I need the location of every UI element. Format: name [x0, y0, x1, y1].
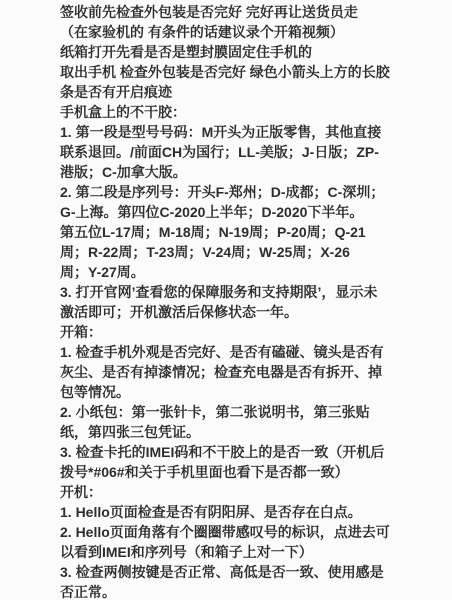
text-line: 包等情况。 [60, 382, 446, 402]
text-line: （在家验机的 有条件的话建议录个开箱视频） [60, 22, 446, 42]
text-line: 以看到IMEI和序列号（和箱子上对一下） [60, 542, 446, 562]
text-line: 1. 第一段是型号号码：M开头为正版零售，其他直接 [60, 122, 446, 142]
text-line: 第五位L-17周；M-18周；N-19周；P-20周；Q-21 [60, 222, 446, 242]
text-line: 2. Hello页面角落有个圈圈带感叹号的标识，点进去可 [60, 522, 446, 542]
text-line: 开机： [60, 482, 446, 502]
text-line: 周；R-22周；T-23周；V-24周；W-25周；X-26 [60, 242, 446, 262]
text-line: 灰尘、是否有掉漆情况；检查充电器是否有拆开、掉 [60, 362, 446, 382]
text-line: 2. 第二段是序列号：开头F-郑州；D-成都；C-深圳； [60, 182, 446, 202]
text-line: 联系退回。/前面CH为国行；LL-美版；J-日版；ZP- [60, 142, 446, 162]
note-page: 签收前先检查外包装是否完好 完好再让送货员走 （在家验机的 有条件的话建议录个开… [0, 0, 452, 600]
text-line: 激活即可；开机激活后保修状态一年。 [60, 302, 446, 322]
text-line: 纸，第四张三包凭证。 [60, 422, 446, 442]
text-line: 否正常。 [60, 582, 446, 600]
text-line: 3. 打开官网’查看您的保障服务和支持期限’，显示未 [60, 282, 446, 302]
text-line: 手机盒上的不干胶： [60, 102, 446, 122]
text-line: G-上海。第四位C-2020上半年；D-2020下半年。 [60, 202, 446, 222]
text-line: 条是否有开启痕迹 [60, 82, 446, 102]
text-line: 1. 检查手机外观是否完好、是否有磕碰、镜头是否有 [60, 342, 446, 362]
text-line: 取出手机 检查外包装是否完好 绿色小箭头上方的长胶 [60, 62, 446, 82]
text-line: 港版；C-加拿大版。 [60, 162, 446, 182]
note-body: 签收前先检查外包装是否完好 完好再让送货员走 （在家验机的 有条件的话建议录个开… [60, 2, 446, 600]
text-line: 2. 小纸包：第一张针卡，第二张说明书，第三张贴 [60, 402, 446, 422]
text-line: 3. 检查卡托的IMEI码和不干胶上的是否一致（开机后 [60, 442, 446, 462]
text-line: 拨号*#06#和关于手机里面也看下是否都一致） [60, 462, 446, 482]
text-line: 1. Hello页面检查是否有阴阳屏、是否存在白点。 [60, 502, 446, 522]
text-line: 纸箱打开先看是否是塑封膜固定住手机的 [60, 42, 446, 62]
text-line: 周；Y-27周。 [60, 262, 446, 282]
text-line: 开箱： [60, 322, 446, 342]
text-line: 签收前先检查外包装是否完好 完好再让送货员走 [60, 2, 446, 22]
text-line: 3. 检查两侧按键是否正常、高低是否一致、使用感是 [60, 562, 446, 582]
